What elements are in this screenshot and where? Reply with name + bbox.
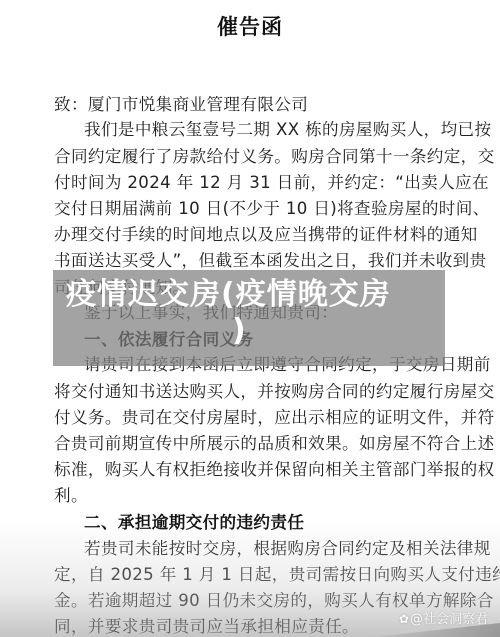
paragraph-1-line-2: 合同约定履行了房款给付义务。购房合同第十一条约定，交 xyxy=(54,144,444,170)
section-2-line-1: 若贵司未能按时交房，根据购房合同约定及相关法律规 xyxy=(84,536,444,562)
section-1-line-3: 付义务。贵司在交付房屋时，应出示相应的证明文件，并符 xyxy=(54,405,444,431)
section-2-line-3: 金。若逾期超过 90 日仍未交房的，购买人有权单方解除合 xyxy=(54,588,444,614)
section-1-line-2: 将交付通知书送达购买人，并按购房合同的约定履行房屋交 xyxy=(54,379,444,405)
paragraph-1-line-5: 办理交付手续的时间地点以及应当携带的证件材料的通知 xyxy=(54,222,444,248)
paragraph-1-line-1: 我们是中粮云玺壹号二期 XX 栋的房屋购买人，均已按 xyxy=(84,117,444,143)
headline-overlay-text: 疫情迟交房(疫情晚交房 xyxy=(66,276,426,314)
paragraph-1-line-4: 交付日期届满前 10 日(不少于 10 日)将查验房屋的时间、 xyxy=(54,196,444,222)
section-2-line-4: 同，并要求贵司贵司应当承担相应责任。 xyxy=(54,614,444,637)
section-1-line-6: 利。 xyxy=(54,483,444,509)
paw-icon: ✿ xyxy=(399,612,409,626)
watermark: ✿@社会洞察君 xyxy=(399,608,488,627)
document-title: 催告函 xyxy=(0,11,500,41)
addressee-line: 致：厦门市悦集商业管理有限公司 xyxy=(54,92,444,118)
section-2-heading: 二、承担逾期交付的违约责任 xyxy=(84,510,444,536)
headline-overlay-text-continued: ) xyxy=(232,312,246,350)
section-1-line-5: 标准，购买人有权拒绝接收并保留向相关主管部门举报的权 xyxy=(54,457,444,483)
paragraph-1-line-3: 付时间为 2024 年 12 月 31 日前，并约定：“出卖人应在 xyxy=(54,170,444,196)
section-2-line-2: 定，自 2025 年 1 月 1 日起，贵司需按日向购买人支付违约 xyxy=(54,562,444,588)
section-1-line-4: 合贵司前期宣传中所展示的品质和效果。如房屋不符合上述 xyxy=(54,431,444,457)
watermark-text: @社会洞察君 xyxy=(410,612,488,627)
